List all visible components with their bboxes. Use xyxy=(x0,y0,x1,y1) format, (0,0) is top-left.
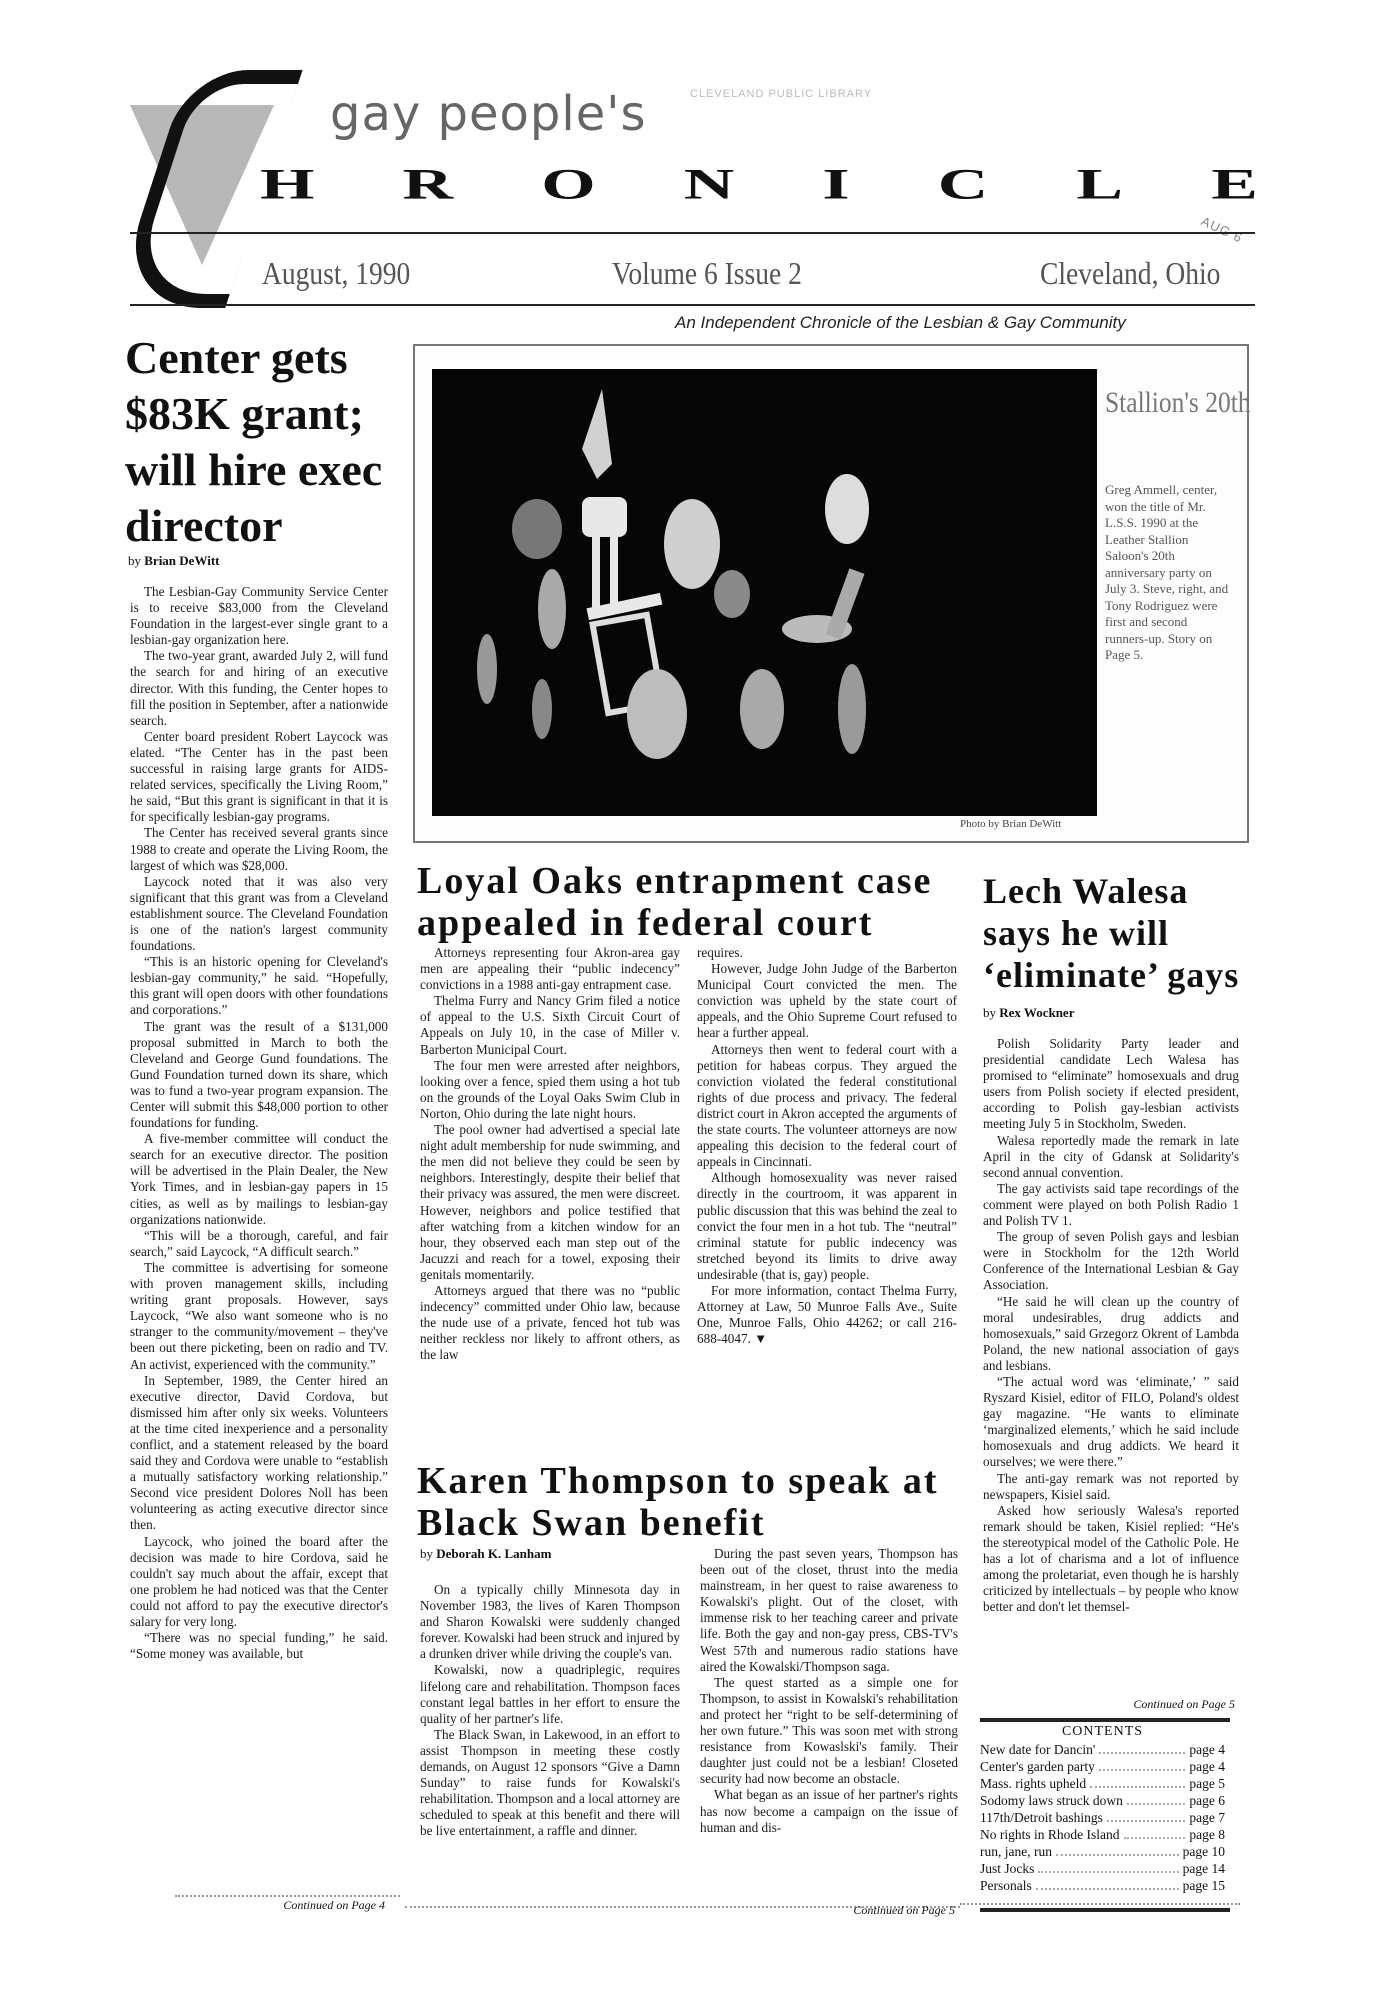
article-body-col2: requires. However, Judge John Judge of t… xyxy=(697,945,957,1347)
title-letter: H xyxy=(260,160,316,210)
author-name: Rex Wockner xyxy=(999,1005,1074,1020)
contents-top-rule xyxy=(980,1718,1230,1722)
dotted-divider xyxy=(960,1903,1240,1907)
headline-line: $83K grant; xyxy=(125,386,382,442)
continued-link[interactable]: Continued on Page 4 xyxy=(230,1898,385,1913)
masthead-pre-title: gay people's xyxy=(330,86,646,142)
contents-item[interactable]: Just Jockspage 14 xyxy=(980,1860,1225,1877)
title-letter: I xyxy=(822,160,851,210)
contents-item[interactable]: Sodomy laws struck downpage 6 xyxy=(980,1792,1225,1809)
masthead-top-rule xyxy=(130,232,1255,234)
article-headline: Loyal Oaks entrapment case appealed in f… xyxy=(417,860,932,944)
article-body-col1: Attorneys representing four Akron-area g… xyxy=(420,945,680,1363)
headline-line: Black Swan benefit xyxy=(417,1502,938,1544)
byline: by Deborah K. Lanham xyxy=(420,1546,551,1562)
byline: by Rex Wockner xyxy=(983,1005,1074,1021)
headline-line: will hire exec xyxy=(125,442,382,498)
date-stamp: AUG 6 xyxy=(1199,213,1245,245)
article-headline: Karen Thompson to speak at Black Swan be… xyxy=(417,1460,938,1544)
tagline: An Independent Chronicle of the Lesbian … xyxy=(675,313,1126,333)
title-letter: L xyxy=(1076,160,1125,210)
author-name: Deborah K. Lanham xyxy=(436,1546,551,1561)
photo-caption: Greg Ammell, center, won the title of Mr… xyxy=(1105,482,1230,664)
article-headline: Center gets $83K grant; will hire exec d… xyxy=(125,330,382,554)
headline-line: Loyal Oaks entrapment case xyxy=(417,860,932,902)
contents-box: CONTENTS New date for Dancin'page 4 Cent… xyxy=(980,1724,1225,1894)
title-letter: O xyxy=(541,160,597,210)
volume-issue: Volume 6 Issue 2 xyxy=(612,255,802,292)
location: Cleveland, Ohio xyxy=(1040,255,1220,292)
photo-image-icon xyxy=(432,369,1097,816)
contents-item[interactable]: Center's garden partypage 4 xyxy=(980,1758,1225,1775)
photo-credit: Photo by Brian DeWitt xyxy=(960,818,1061,830)
library-stamp: CLEVELAND PUBLIC LIBRARY xyxy=(690,88,872,100)
contents-item[interactable]: New date for Dancin'page 4 xyxy=(980,1741,1225,1758)
article-body: The Lesbian-Gay Community Service Center… xyxy=(130,584,388,1662)
contents-title: CONTENTS xyxy=(980,1724,1225,1740)
title-letter: C xyxy=(938,160,991,210)
issue-date: August, 1990 xyxy=(262,255,410,292)
masthead-bottom-rule xyxy=(130,304,1255,306)
headline-line: appealed in federal court xyxy=(417,902,932,944)
headline-line: Center gets xyxy=(125,330,382,386)
photo-feature-title: Stallion's 20th xyxy=(1105,386,1251,420)
article-body: Polish Solidarity Party leader and presi… xyxy=(983,1036,1239,1615)
contents-item[interactable]: Personalspage 15 xyxy=(980,1877,1225,1894)
headline-line: director xyxy=(125,498,382,554)
title-letter: E xyxy=(1211,160,1260,210)
headline-line: says he will xyxy=(983,912,1239,954)
contents-bottom-rule xyxy=(980,1908,1230,1912)
article-body-col2: During the past seven years, Thompson ha… xyxy=(700,1546,958,1836)
headline-line: Karen Thompson to speak at xyxy=(417,1460,938,1502)
contents-item[interactable]: 117th/Detroit bashingspage 7 xyxy=(980,1809,1225,1826)
contents-item[interactable]: run, jane, runpage 10 xyxy=(980,1843,1225,1860)
title-letter: R xyxy=(403,160,456,210)
contents-item[interactable]: Mass. rights upheldpage 5 xyxy=(980,1775,1225,1792)
author-name: Brian DeWitt xyxy=(144,553,219,568)
continued-link[interactable]: Continued on Page 5 xyxy=(1080,1697,1235,1712)
masthead-title: H R O N I C L E xyxy=(260,160,1260,210)
byline: by Brian DeWitt xyxy=(128,553,219,569)
article-headline: Lech Walesa says he will ‘eliminate’ gay… xyxy=(983,870,1239,996)
photo-trophy-winner xyxy=(432,369,1097,816)
headline-line: ‘eliminate’ gays xyxy=(983,954,1239,996)
continued-link[interactable]: Continued on Page 5 xyxy=(800,1903,955,1918)
contents-item[interactable]: No rights in Rhode Islandpage 8 xyxy=(980,1826,1225,1843)
title-letter: N xyxy=(684,160,737,210)
headline-line: Lech Walesa xyxy=(983,870,1239,912)
article-body-col1: On a typically chilly Minnesota day in N… xyxy=(420,1582,680,1840)
